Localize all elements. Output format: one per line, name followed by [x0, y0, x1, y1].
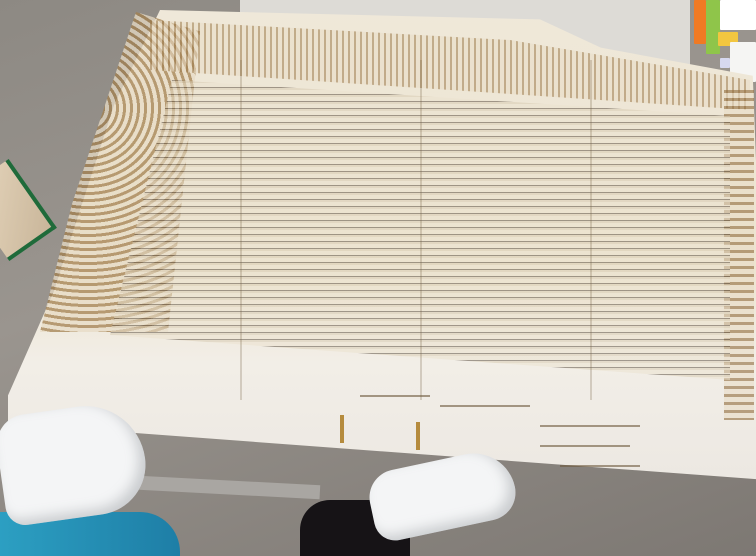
card-orange [694, 0, 706, 44]
seal-cord-right [416, 422, 420, 450]
card-lilac [720, 58, 730, 68]
signatures [360, 385, 680, 475]
card-white [720, 0, 756, 30]
signature-line [560, 465, 640, 467]
signature-line [440, 405, 530, 407]
fold-line-1 [240, 60, 242, 400]
seal-cord-left [340, 415, 344, 443]
fold-line-2 [420, 60, 422, 400]
fold-line-3 [590, 60, 592, 400]
signature-line [540, 445, 630, 447]
photo-scene: Photograph of an ornately illuminated hi… [0, 0, 756, 556]
signature-line [360, 395, 430, 397]
signature-line [540, 425, 640, 427]
